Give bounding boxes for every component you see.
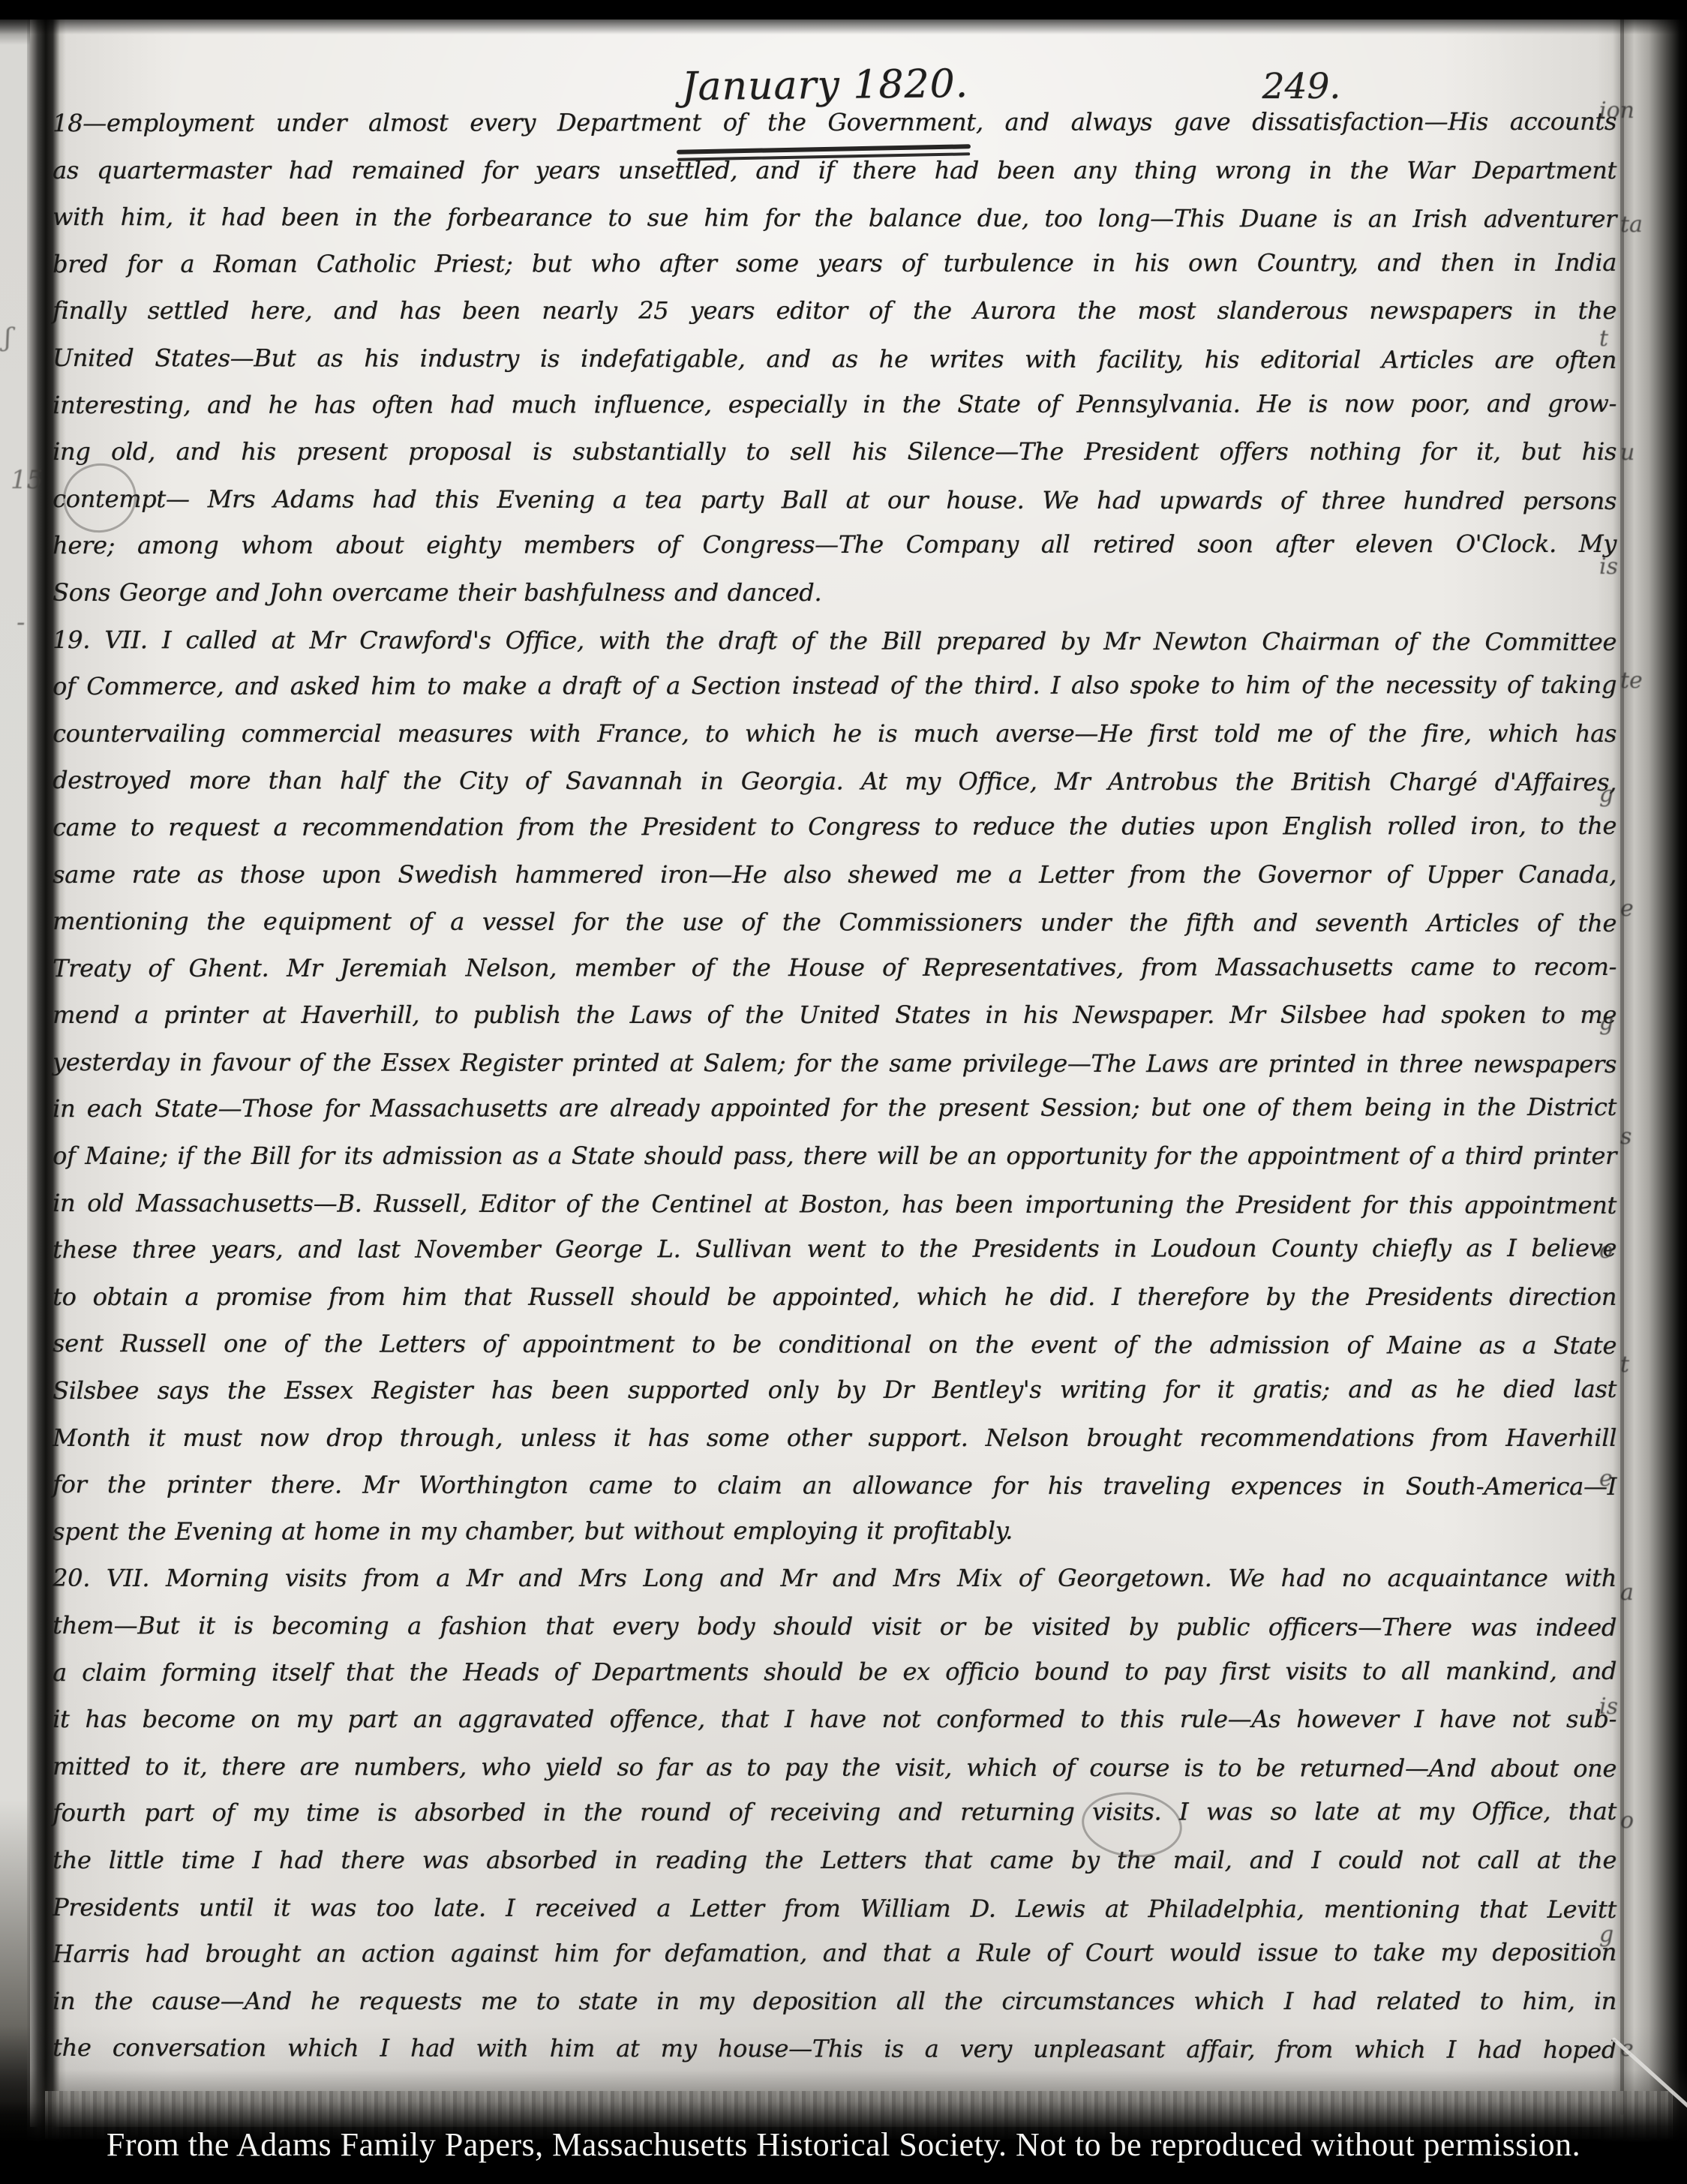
manuscript-line: fourth part of my time is absorbed in th…	[53, 1788, 1616, 1837]
bleed-fragment: e	[1620, 895, 1680, 922]
bleed-fragment: ion	[1599, 97, 1659, 124]
bleed-fragment: is	[1599, 1693, 1659, 1720]
manuscript-line: countervailing commercial measures with …	[53, 710, 1616, 757]
manuscript-line: them—But it is becoming a fashion that e…	[53, 1602, 1616, 1651]
bleed-fragment: e	[1599, 1465, 1659, 1492]
bleed-fragment: t	[1620, 1351, 1680, 1378]
manuscript-line: Treaty of Ghent. Mr Jeremiah Nelson, mem…	[53, 943, 1616, 992]
manuscript-line: it has become on my part an aggravated o…	[53, 1696, 1616, 1743]
left-stray-mark: -	[17, 607, 26, 637]
manuscript-line: spent the Evening at home in my chamber,…	[53, 1507, 1616, 1555]
manuscript-line: as quartermaster had remained for years …	[53, 147, 1616, 194]
bleed-fragment: g	[1599, 1009, 1659, 1036]
bleed-fragment: u	[1620, 439, 1680, 466]
manuscript-line: finally settled here, and has been nearl…	[53, 287, 1616, 334]
bleed-fragment: a	[1620, 1579, 1680, 1606]
manuscript-line: came to request a recommendation from th…	[53, 802, 1616, 851]
manuscript-line: these three years, and last November Geo…	[53, 1225, 1616, 1273]
manuscript-line: mentioning the equipment of a vessel for…	[53, 898, 1616, 947]
manuscript-line: interesting, and he has often had much i…	[53, 379, 1616, 428]
manuscript-line: mend a printer at Haverhill, to publish …	[53, 991, 1616, 1039]
manuscript-line: yesterday in favour of the Essex Registe…	[53, 1039, 1616, 1088]
manuscript-line: a claim forming itself that the Heads of…	[53, 1648, 1616, 1696]
manuscript-line: destroyed more than half the City of Sav…	[53, 757, 1616, 806]
manuscript-line: in old Massachusetts—B. Russell, Editor …	[53, 1180, 1616, 1229]
manuscript-line: Month it must now drop through, unless i…	[53, 1414, 1616, 1462]
manuscript-line: to obtain a promise from him that Russel…	[53, 1273, 1616, 1321]
manuscript-line: in each State—Those for Massachusetts ar…	[53, 1084, 1616, 1132]
archive-credit-caption: From the Adams Family Papers, Massachuse…	[0, 2125, 1687, 2164]
manuscript-line: mitted to it, there are numbers, who yie…	[53, 1743, 1616, 1792]
manuscript-line: Harris had brought an action against him…	[53, 1929, 1616, 1978]
manuscript-line: with him, it had been in the forbearance…	[53, 193, 1616, 243]
manuscript-line: Presidents until it was too late. I rece…	[53, 1884, 1616, 1933]
manuscript-line: in the cause—And he requests me to state…	[53, 1978, 1616, 2025]
manuscript-line: same rate as those upon Swedish hammered…	[53, 851, 1616, 898]
left-stray-mark: ʃ	[5, 322, 11, 352]
manuscript-line: for the printer there. Mr Worthington ca…	[53, 1461, 1616, 1510]
manuscript-line: 18—employment under almost every Departm…	[53, 98, 1616, 147]
bleed-fragment: te	[1620, 667, 1680, 694]
manuscript-line: ing old, and his present proposal is sub…	[53, 428, 1616, 475]
bleed-fragment: t	[1599, 325, 1659, 352]
manuscript-line: bred for a Roman Catholic Priest; but wh…	[53, 239, 1616, 288]
bleed-fragment: s	[1620, 1123, 1680, 1150]
bleed-fragment: is	[1599, 553, 1659, 580]
manuscript-line: contempt— Mrs Adams had this Evening a t…	[53, 475, 1616, 525]
manuscript-scan: January 1820. 249. 18—employment under a…	[0, 0, 1687, 2184]
left-stray-mark: 15	[11, 465, 43, 495]
manuscript-line: the little time I had there was absorbed…	[53, 1837, 1616, 1884]
bleed-fragment: g	[1599, 781, 1659, 808]
manuscript-line: United States—But as his industry is ind…	[53, 334, 1616, 384]
manuscript-line: Silsbee says the Essex Register has been…	[53, 1366, 1616, 1414]
bleed-fragment: g	[1599, 1921, 1659, 1948]
manuscript-line: 19. VII. I called at Mr Crawford's Offic…	[53, 616, 1616, 666]
manuscript-line: Sons George and John overcame their bash…	[53, 569, 1616, 616]
manuscript-lines: 18—employment under almost every Departm…	[53, 100, 1616, 2071]
manuscript-line: of Maine; if the Bill for its admission …	[53, 1132, 1616, 1180]
manuscript-line: sent Russell one of the Letters of appoi…	[53, 1320, 1616, 1369]
bleed-fragment: ta	[1620, 211, 1680, 238]
manuscript-line: of Commerce, and asked him to make a dra…	[53, 661, 1616, 710]
bleed-fragment: o	[1599, 1237, 1659, 1264]
bleed-fragment: o	[1620, 1807, 1680, 1834]
scan-top-shadow	[0, 15, 1687, 34]
manuscript-line: 20. VII. Morning visits from a Mr and Mr…	[53, 1555, 1616, 1602]
manuscript-line: here; among whom about eighty members of…	[53, 520, 1616, 569]
